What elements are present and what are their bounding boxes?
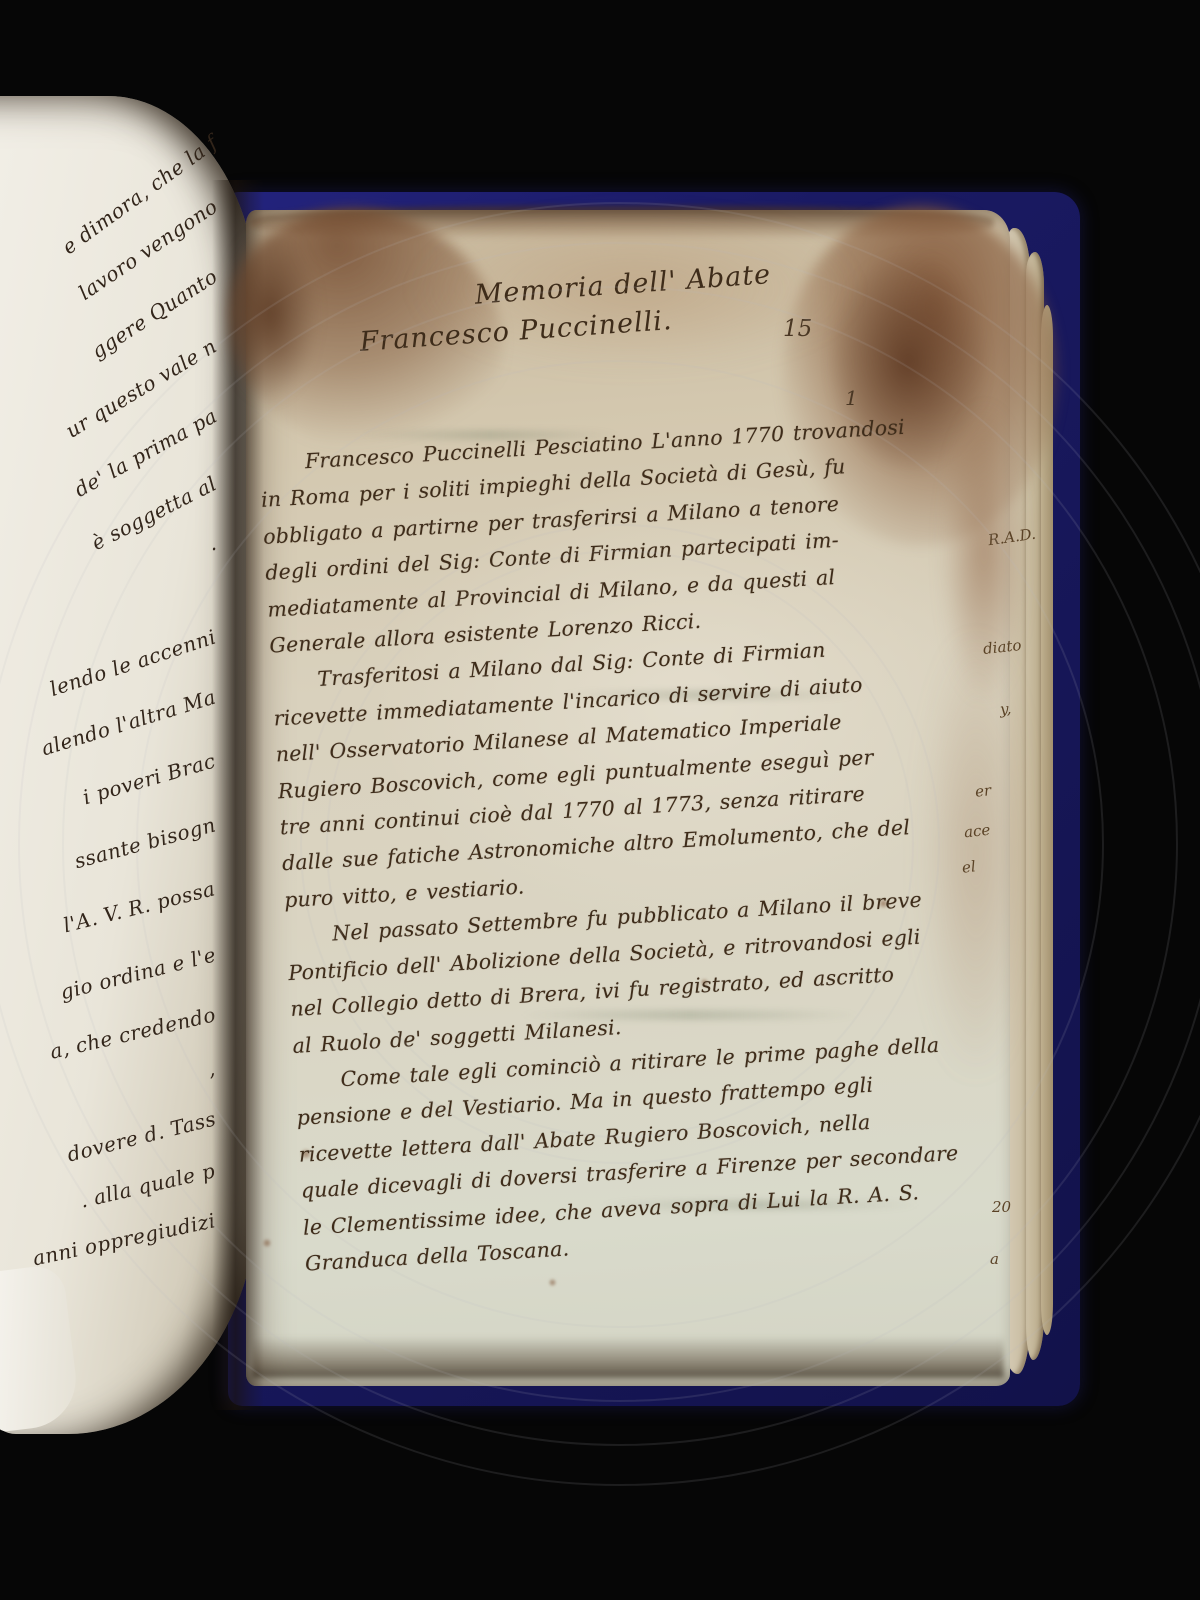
- page-edge: [1041, 305, 1053, 1335]
- edge-fragment: y,: [999, 700, 1011, 719]
- manuscript-body: Francesco Puccinelli Pesciatino L'anno 1…: [258, 408, 964, 1282]
- edge-fragment: er: [974, 781, 992, 801]
- page-number: 1: [845, 386, 858, 410]
- edge-fragment: el: [961, 857, 976, 876]
- folio-number: 15: [783, 316, 812, 342]
- edge-fragment: a: [990, 1250, 999, 1268]
- edge-fragment: 20: [992, 1198, 1011, 1216]
- book-gutter: [212, 180, 264, 1410]
- manuscript-photo: e dimora, che la f lavoro vengono ggere …: [0, 0, 1200, 1600]
- edge-fragment: ace: [963, 821, 991, 842]
